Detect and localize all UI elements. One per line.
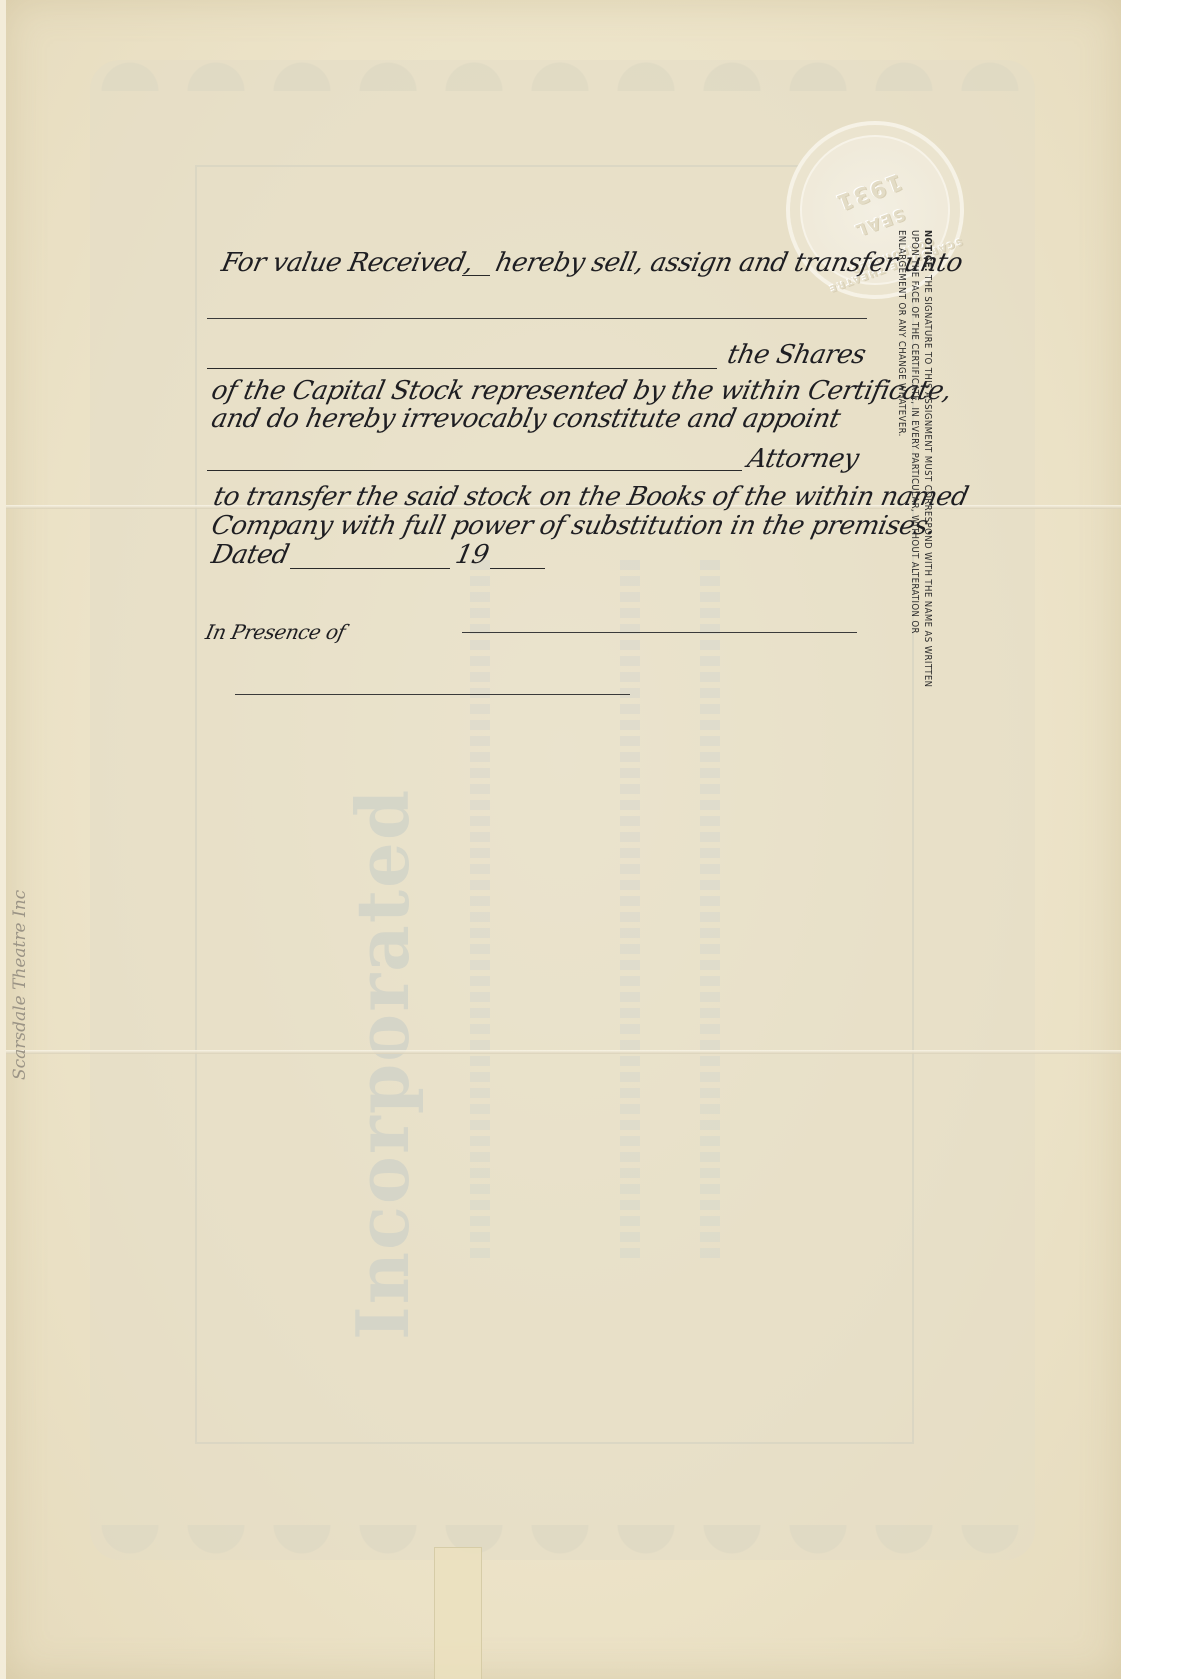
fold-crease-lower xyxy=(6,1050,1121,1054)
attorney-text: Attorney xyxy=(745,444,862,474)
capital-stock-text: of the Capital Stock represented by the … xyxy=(209,376,954,406)
tape-repair xyxy=(434,1547,482,1679)
notice-text: THE SIGNATURE TO THIS ASSIGNMENT MUST CO… xyxy=(896,230,933,687)
year-line[interactable] xyxy=(490,568,545,569)
date-line[interactable] xyxy=(290,568,450,569)
bleed-through-text-column xyxy=(700,560,720,1260)
transfer-on-books-text: to transfer the said stock on the Books … xyxy=(211,482,971,512)
year-prefix: 19 xyxy=(453,540,491,570)
power-of-substitution-text: Company with full power of substitution … xyxy=(209,511,938,541)
assignee-name-line[interactable] xyxy=(207,318,867,319)
bleed-through-text-column xyxy=(470,560,490,1260)
bleed-through-scallop-bottom xyxy=(100,1525,1020,1561)
scan-margin xyxy=(1121,0,1200,1679)
signature-notice: NOTICE: THE SIGNATURE TO THIS ASSIGNMENT… xyxy=(878,230,934,690)
notice-label: NOTICE: xyxy=(922,230,933,272)
bleed-through-title: Incorporated xyxy=(340,620,450,1340)
bleed-through-text-column xyxy=(620,560,640,1260)
witness-signature-line[interactable] xyxy=(235,694,630,695)
signature-line[interactable] xyxy=(462,632,857,633)
pencil-annotation: Scarsdale Theatre Inc xyxy=(10,880,40,1080)
in-presence-of-label: In Presence of xyxy=(203,620,347,644)
assignor-blank[interactable] xyxy=(462,275,490,276)
attorney-name-line[interactable] xyxy=(207,470,742,471)
number-of-shares-line[interactable] xyxy=(207,368,717,369)
constitute-appoint-text: and do hereby irrevocably constitute and… xyxy=(209,404,843,434)
dated-label: Dated xyxy=(209,540,292,570)
bleed-through-scallop-top xyxy=(100,55,1020,91)
the-shares-text: the Shares xyxy=(725,340,868,370)
for-value-received-text: For value Received, xyxy=(219,248,476,278)
